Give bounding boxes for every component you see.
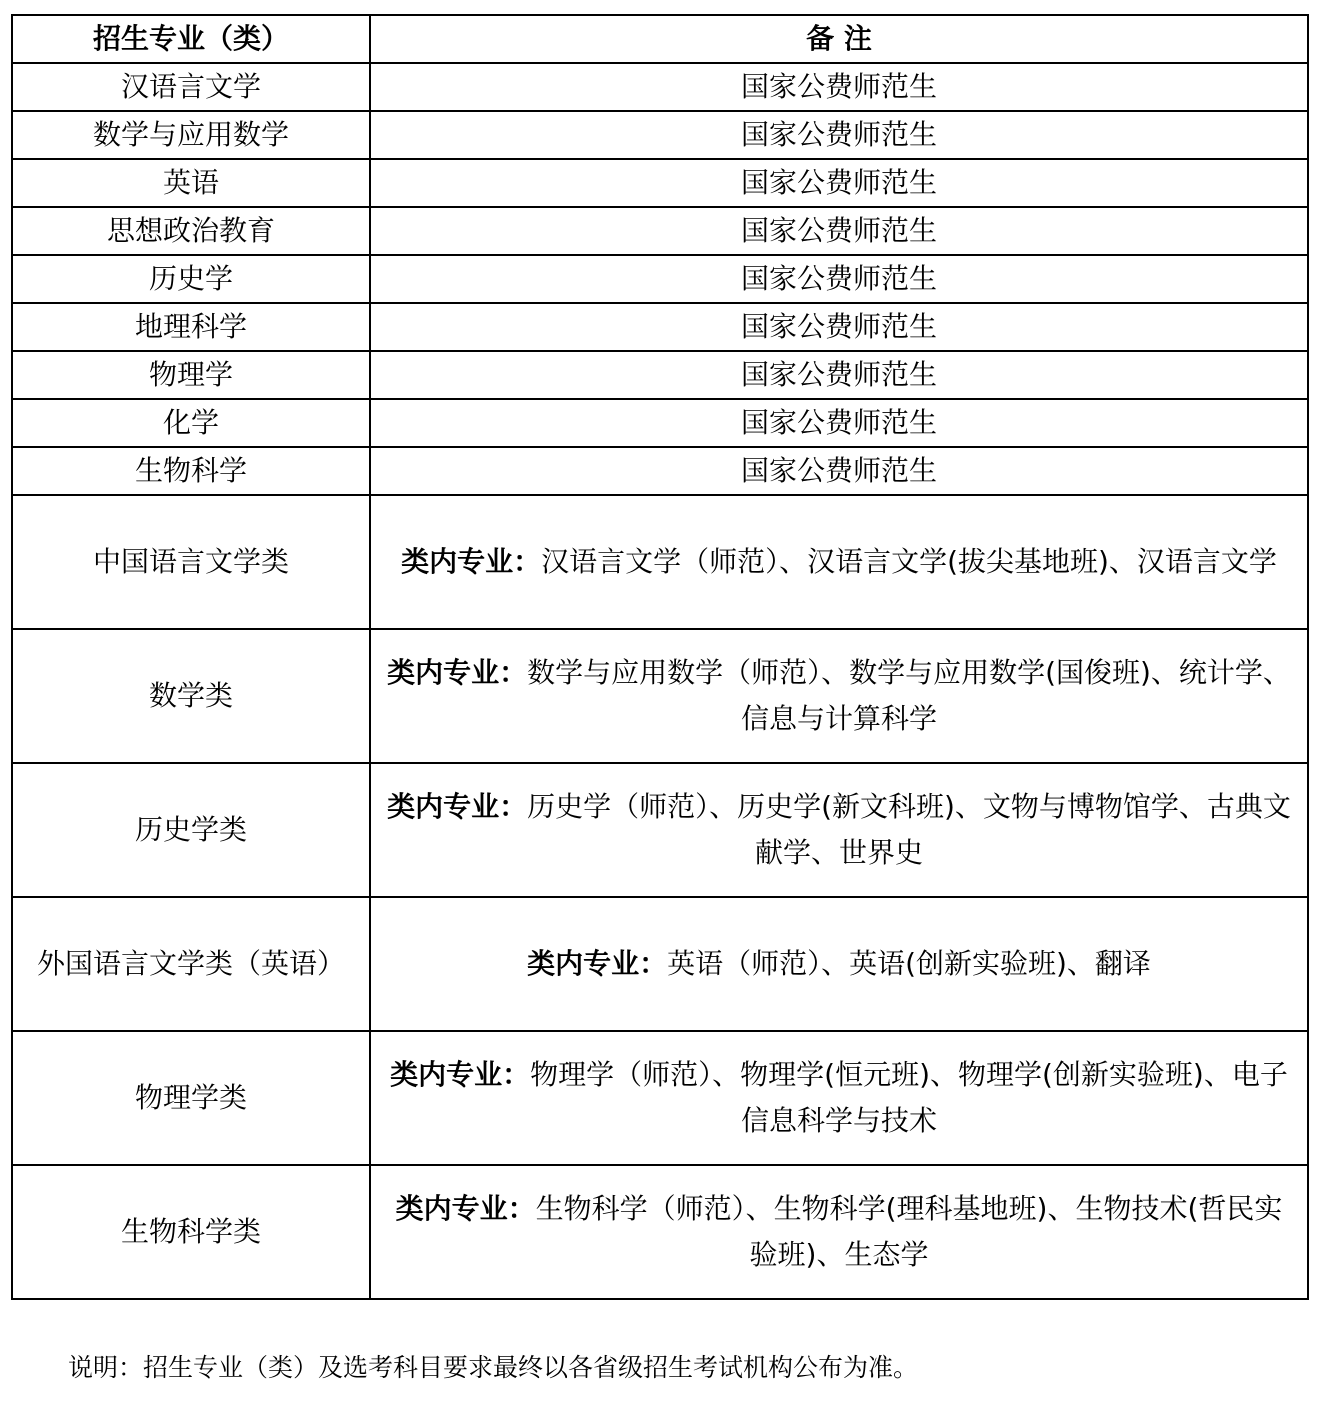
remark-cell: 类内专业：历史学（师范）、历史学(新文科班)、文物与博物馆学、古典文献学、世界史	[370, 763, 1308, 897]
table-row: 思想政治教育国家公费师范生	[12, 207, 1308, 255]
table-header-row: 招生专业（类） 备 注	[12, 15, 1308, 63]
remark-cell: 国家公费师范生	[370, 447, 1308, 495]
table-row: 数学类 类内专业：数学与应用数学（师范）、数学与应用数学(国俊班)、统计学、信息…	[12, 629, 1308, 763]
group-prefix: 类内专业：	[396, 1192, 536, 1225]
table-row: 生物科学类 类内专业：生物科学（师范）、生物科学(理科基地班)、生物技术(哲民实…	[12, 1165, 1308, 1299]
remark-cell: 国家公费师范生	[370, 399, 1308, 447]
remark-cell: 国家公费师范生	[370, 63, 1308, 111]
major-cell: 数学与应用数学	[12, 111, 370, 159]
table-row: 数学与应用数学国家公费师范生	[12, 111, 1308, 159]
table-row: 历史学国家公费师范生	[12, 255, 1308, 303]
group-remark: 数学与应用数学（师范）、数学与应用数学(国俊班)、统计学、信息与计算科学	[527, 656, 1291, 735]
remark-cell: 国家公费师范生	[370, 207, 1308, 255]
table-row: 物理学类 类内专业：物理学（师范）、物理学(恒元班)、物理学(创新实验班)、电子…	[12, 1031, 1308, 1165]
header-major: 招生专业（类）	[12, 15, 370, 63]
major-cell: 生物科学类	[12, 1165, 370, 1299]
group-prefix: 类内专业：	[390, 1058, 530, 1091]
major-cell: 物理学类	[12, 1031, 370, 1165]
major-cell: 思想政治教育	[12, 207, 370, 255]
group-remark: 英语（师范）、英语(创新实验班)、翻译	[667, 947, 1151, 980]
major-cell: 汉语言文学	[12, 63, 370, 111]
table-row: 化学国家公费师范生	[12, 399, 1308, 447]
table-row: 英语国家公费师范生	[12, 159, 1308, 207]
table-row: 中国语言文学类 类内专业：汉语言文学（师范）、汉语言文学(拔尖基地班)、汉语言文…	[12, 495, 1308, 629]
remark-cell: 类内专业：汉语言文学（师范）、汉语言文学(拔尖基地班)、汉语言文学	[370, 495, 1308, 629]
group-prefix: 类内专业：	[527, 947, 667, 980]
major-cell: 物理学	[12, 351, 370, 399]
remark-cell: 国家公费师范生	[370, 255, 1308, 303]
group-remark: 历史学（师范）、历史学(新文科班)、文物与博物馆学、古典文献学、世界史	[527, 790, 1291, 869]
group-prefix: 类内专业：	[387, 790, 527, 823]
remark-cell: 国家公费师范生	[370, 111, 1308, 159]
major-cell: 中国语言文学类	[12, 495, 370, 629]
table-row: 外国语言文学类（英语） 类内专业：英语（师范）、英语(创新实验班)、翻译	[12, 897, 1308, 1031]
group-remark: 汉语言文学（师范）、汉语言文学(拔尖基地班)、汉语言文学	[541, 545, 1277, 578]
major-cell: 历史学类	[12, 763, 370, 897]
major-cell: 英语	[12, 159, 370, 207]
group-remark: 生物科学（师范）、生物科学(理科基地班)、生物技术(哲民实验班)、生态学	[536, 1192, 1283, 1271]
table-row: 生物科学国家公费师范生	[12, 447, 1308, 495]
remark-cell: 类内专业：英语（师范）、英语(创新实验班)、翻译	[370, 897, 1308, 1031]
major-cell: 生物科学	[12, 447, 370, 495]
majors-table: 招生专业（类） 备 注 汉语言文学国家公费师范生 数学与应用数学国家公费师范生 …	[11, 14, 1309, 1300]
remark-cell: 国家公费师范生	[370, 303, 1308, 351]
remark-cell: 国家公费师范生	[370, 159, 1308, 207]
major-cell: 地理科学	[12, 303, 370, 351]
table-row: 物理学国家公费师范生	[12, 351, 1308, 399]
major-cell: 外国语言文学类（英语）	[12, 897, 370, 1031]
group-remark: 物理学（师范）、物理学(恒元班)、物理学(创新实验班)、电子信息科学与技术	[530, 1058, 1288, 1137]
table-row: 地理科学国家公费师范生	[12, 303, 1308, 351]
table-row: 汉语言文学国家公费师范生	[12, 63, 1308, 111]
major-cell: 历史学	[12, 255, 370, 303]
remark-cell: 类内专业：生物科学（师范）、生物科学(理科基地班)、生物技术(哲民实验班)、生态…	[370, 1165, 1308, 1299]
remark-cell: 类内专业：数学与应用数学（师范）、数学与应用数学(国俊班)、统计学、信息与计算科…	[370, 629, 1308, 763]
remark-cell: 类内专业：物理学（师范）、物理学(恒元班)、物理学(创新实验班)、电子信息科学与…	[370, 1031, 1308, 1165]
group-prefix: 类内专业：	[401, 545, 541, 578]
table-row: 历史学类 类内专业：历史学（师范）、历史学(新文科班)、文物与博物馆学、古典文献…	[12, 763, 1308, 897]
remark-cell: 国家公费师范生	[370, 351, 1308, 399]
group-prefix: 类内专业：	[387, 656, 527, 689]
major-cell: 化学	[12, 399, 370, 447]
footnote: 说明：招生专业（类）及选考科目要求最终以各省级招生考试机构公布为准。	[68, 1348, 918, 1388]
header-remark: 备 注	[370, 15, 1308, 63]
major-cell: 数学类	[12, 629, 370, 763]
